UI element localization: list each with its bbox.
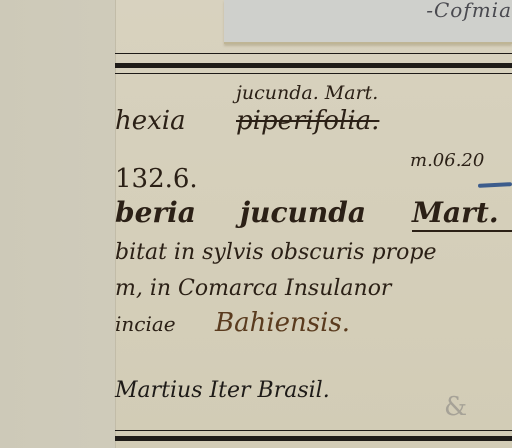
locality-bahiensis: Bahiensis. — [215, 308, 350, 338]
author-underline — [412, 230, 512, 232]
top-thin-rule — [115, 53, 512, 54]
date-note: m.06.20 — [410, 150, 484, 171]
genus-name: beria — [115, 196, 196, 229]
original-genus: hexia — [115, 106, 186, 136]
species-epithet: jucunda — [240, 196, 366, 229]
bottom-thick-rule — [115, 436, 512, 441]
faint-stamp: & — [444, 392, 467, 422]
top-thick-rule — [115, 63, 512, 68]
bottom-thin-rule — [115, 430, 512, 431]
overlapping-paper-slip: -Cofmia — [224, 0, 512, 44]
habitat-line-2: m, in Comarca Insulanor — [115, 276, 391, 301]
habitat-line-1: bitat in sylvis obscuris prope — [115, 240, 437, 265]
printed-footer: Martius Iter Brasil. — [115, 378, 330, 403]
struck-epithet: piperifolia. — [236, 106, 379, 136]
top-thin-rule-2 — [115, 73, 512, 74]
habitat-line-3: inciae — [115, 312, 176, 336]
author-name: Mart. — [412, 196, 499, 229]
collection-number: 132.6. — [115, 164, 198, 194]
annotation-jucunda: jucunda. Mart. — [236, 82, 378, 104]
slip-handwriting: -Cofmia — [426, 0, 512, 22]
